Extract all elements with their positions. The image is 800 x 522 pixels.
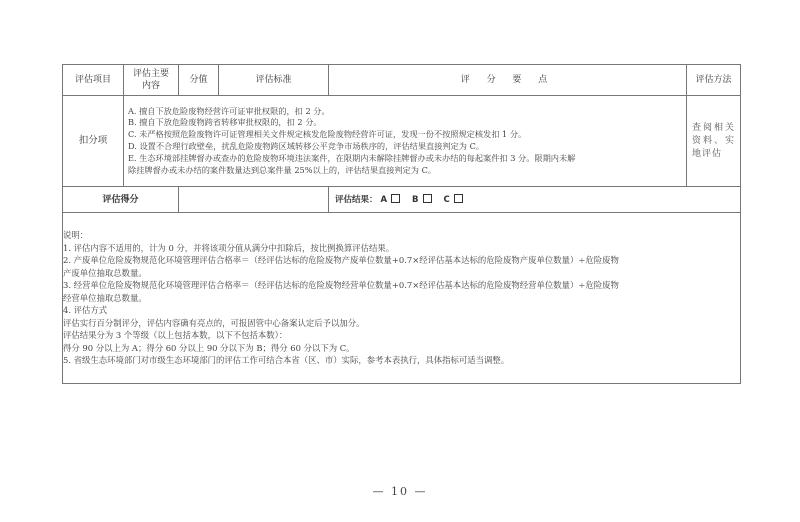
score-row: 评估得分 评估结果： A B C	[63, 187, 741, 213]
note-line: 4. 评估方式	[63, 304, 740, 317]
option-a-checkbox[interactable]	[391, 194, 400, 203]
note-line: 得分 90 分以上为 A；得分 60 分以上 90 分以下为 B；得分 60 分…	[63, 342, 740, 355]
option-b-checkbox[interactable]	[423, 194, 432, 203]
page-number: — 10 —	[0, 485, 800, 498]
score-label: 评估得分	[63, 187, 179, 213]
score-value-cell[interactable]	[179, 187, 329, 213]
header-main-content-line1: 评估主要	[124, 68, 178, 80]
header-eval-item: 评估项目	[63, 65, 124, 96]
note-line: 5. 省级生态环境部门对市级生态环境部门的评估工作可结合本省（区、市）实际，参考…	[63, 354, 740, 367]
note-line: 产废单位抽取总数量。	[63, 267, 740, 280]
deduction-point: A. 擅自下放危险废物经营许可证审批权限的，扣 2 分。	[128, 106, 682, 118]
deduction-point: E. 生态环境部挂牌督办或查办的危险废物环境违法案件，在限期内未解除挂牌督办或未…	[128, 153, 682, 165]
note-line: 3. 经营单位危险废物规范化环境管理评估合格率＝（经评估达标的危险废物经营单位数…	[63, 279, 740, 292]
deduction-point: C. 未严格按照危险废物许可证管理相关文件规定核发危险废物经营许可证，发现一份不…	[128, 129, 682, 141]
deduction-point: D. 设置不合理行政壁垒，扰乱危险废物跨区域转移公平竞争市场秩序的，评估结果直接…	[128, 141, 682, 153]
header-eval-method: 评估方法	[687, 65, 741, 96]
header-main-content-line2: 内容	[124, 80, 178, 92]
deduction-point: 除挂牌督办或未办结的案件数量达到总案件量 25%以上的，评估结果直接判定为 C。	[128, 165, 682, 177]
note-line: 1. 评估内容不适用的，计为 0 分，并将该项分值从满分中扣除后，按比例换算评估…	[63, 242, 740, 255]
notes-title: 说明：	[63, 229, 740, 242]
notes-row: 说明： 1. 评估内容不适用的，计为 0 分，并将该项分值从满分中扣除后，按比例…	[63, 213, 741, 384]
evaluation-table: 评估项目 评估主要 内容 分值 评估标准 评 分 要 点 评估方法 扣分项 A.…	[62, 64, 741, 384]
note-line: 经营单位抽取总数量。	[63, 292, 740, 305]
table-header-row: 评估项目 评估主要 内容 分值 评估标准 评 分 要 点 评估方法	[63, 65, 741, 96]
header-scoring-points: 评 分 要 点	[329, 65, 687, 96]
deduction-item-label: 扣分项	[63, 96, 124, 187]
header-score-value: 分值	[179, 65, 219, 96]
deduction-row: 扣分项 A. 擅自下放危险废物经营许可证审批权限的，扣 2 分。 B. 擅自下放…	[63, 96, 741, 187]
document-page: 评估项目 评估主要 内容 分值 评估标准 评 分 要 点 评估方法 扣分项 A.…	[0, 0, 800, 522]
deduction-point: B. 擅自下放危险废物跨省转移审批权限的，扣 2 分。	[128, 117, 682, 129]
option-a-label: A	[380, 195, 387, 205]
option-b-label: B	[412, 195, 418, 205]
notes-cell: 说明： 1. 评估内容不适用的，计为 0 分，并将该项分值从满分中扣除后，按比例…	[63, 213, 741, 384]
note-line: 2. 产废单位危险废物规范化环境管理评估合格率＝（经评估达标的危险废物产废单位数…	[63, 254, 740, 267]
eval-result-cell: 评估结果： A B C	[329, 187, 741, 213]
header-main-content: 评估主要 内容	[124, 65, 179, 96]
note-line: 评估实行百分制评分，评估内容确有亮点的，可报固管中心备案认定后予以加分。	[63, 317, 740, 330]
eval-method-cell: 查阅相关资料、实地评估	[687, 96, 741, 187]
deduction-points: A. 擅自下放危险废物经营许可证审批权限的，扣 2 分。 B. 擅自下放危险废物…	[124, 96, 687, 187]
option-c-checkbox[interactable]	[454, 194, 463, 203]
header-eval-standard: 评估标准	[219, 65, 329, 96]
note-line: 评估结果分为 3 个等级（以上包括本数，以下不包括本数）：	[63, 329, 740, 342]
option-c-label: C	[444, 195, 450, 205]
eval-result-label: 评估结果：	[335, 195, 378, 205]
